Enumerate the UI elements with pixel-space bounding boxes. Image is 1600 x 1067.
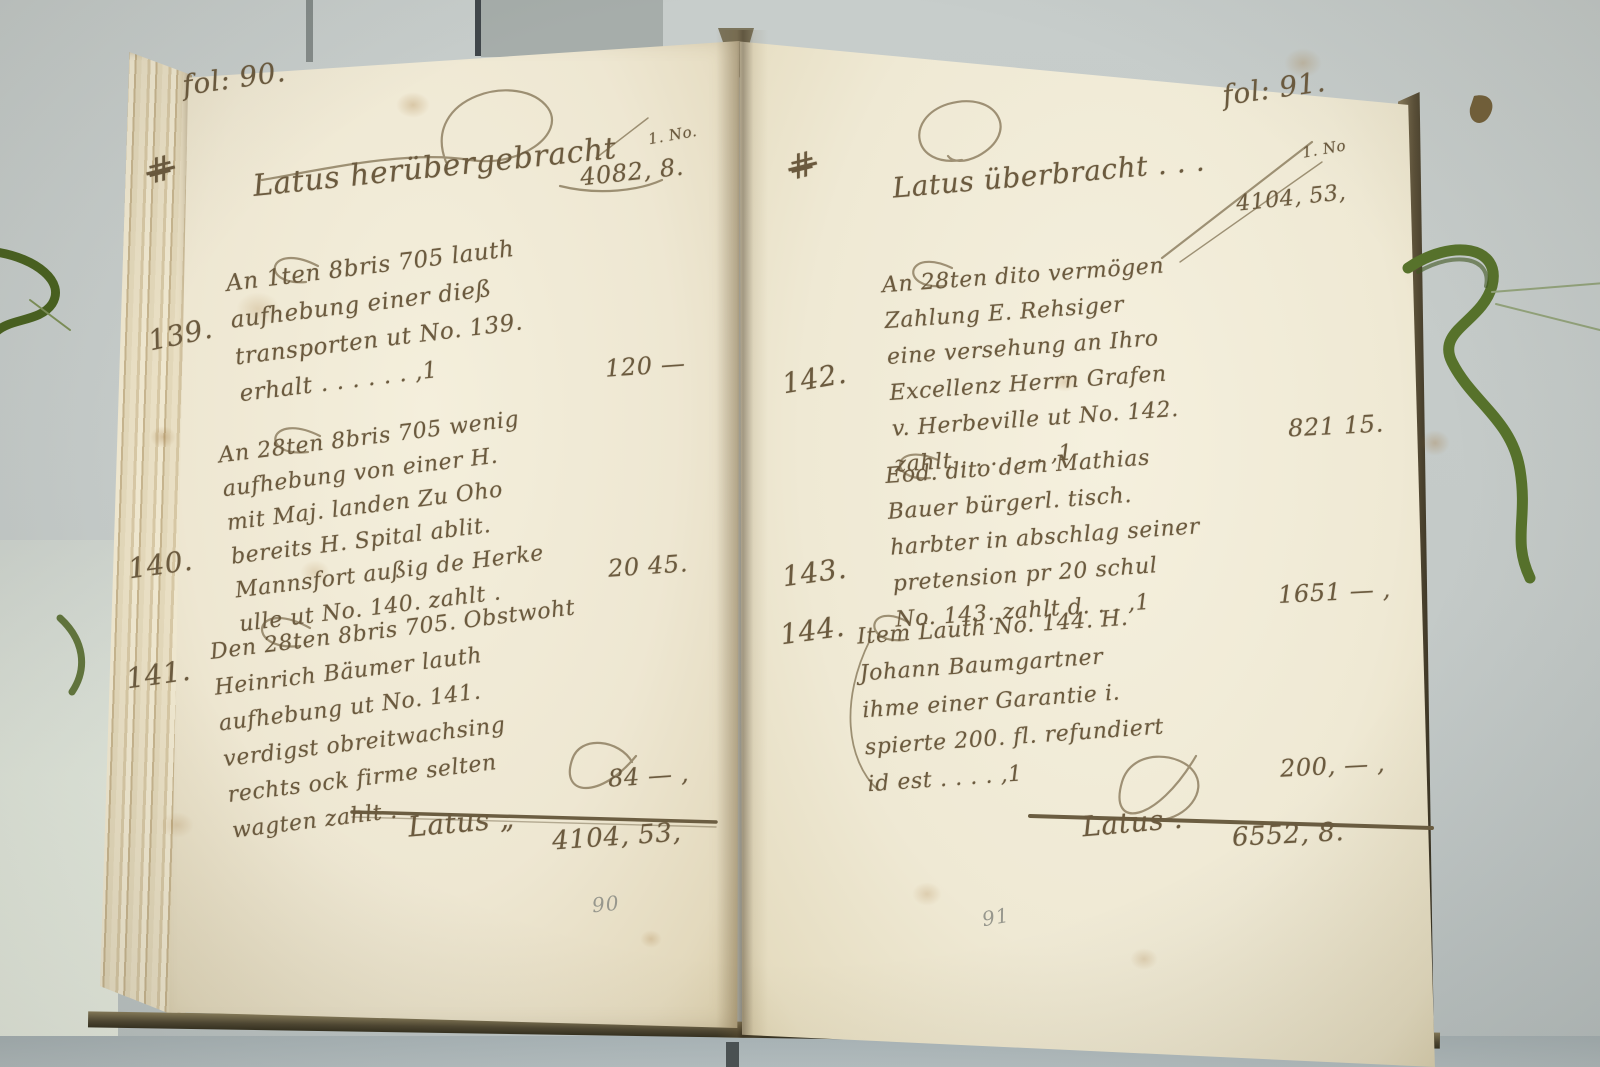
tile-seam (726, 1042, 739, 1067)
tile-seam (306, 0, 313, 62)
entry-140-amount: 20 45. (607, 549, 689, 583)
manuscript-photo: fol: 90. # Latus herübergebracht 1. No. … (0, 0, 1600, 1067)
table-surface-left (0, 540, 118, 1067)
pencil-folio-left: 90 (591, 891, 621, 918)
entry-141-text: Den 28ten 8bris 705. Obstwoht Heinrich B… (208, 590, 599, 849)
green-ribbon-tie-right (1408, 250, 1600, 578)
entry-144-text: Item Lauth No. 144. H. Johann Baumgartne… (856, 598, 1168, 803)
entry-139-amount: 120 — (604, 349, 686, 383)
latus-total-amount-right: 6552, 8. (1231, 817, 1345, 853)
cover-corner-clasp (1470, 95, 1493, 123)
book-gutter (716, 30, 768, 1038)
entry-142-amount: 821 15. (1287, 410, 1384, 443)
entry-141-amount: 84 — , (607, 759, 690, 793)
tile-seam (475, 0, 481, 56)
entry-143-amount: 1651 — , (1277, 575, 1391, 609)
entry-144-amount: 200, — , (1279, 749, 1385, 782)
pencil-folio-right: 91 (980, 903, 1011, 931)
